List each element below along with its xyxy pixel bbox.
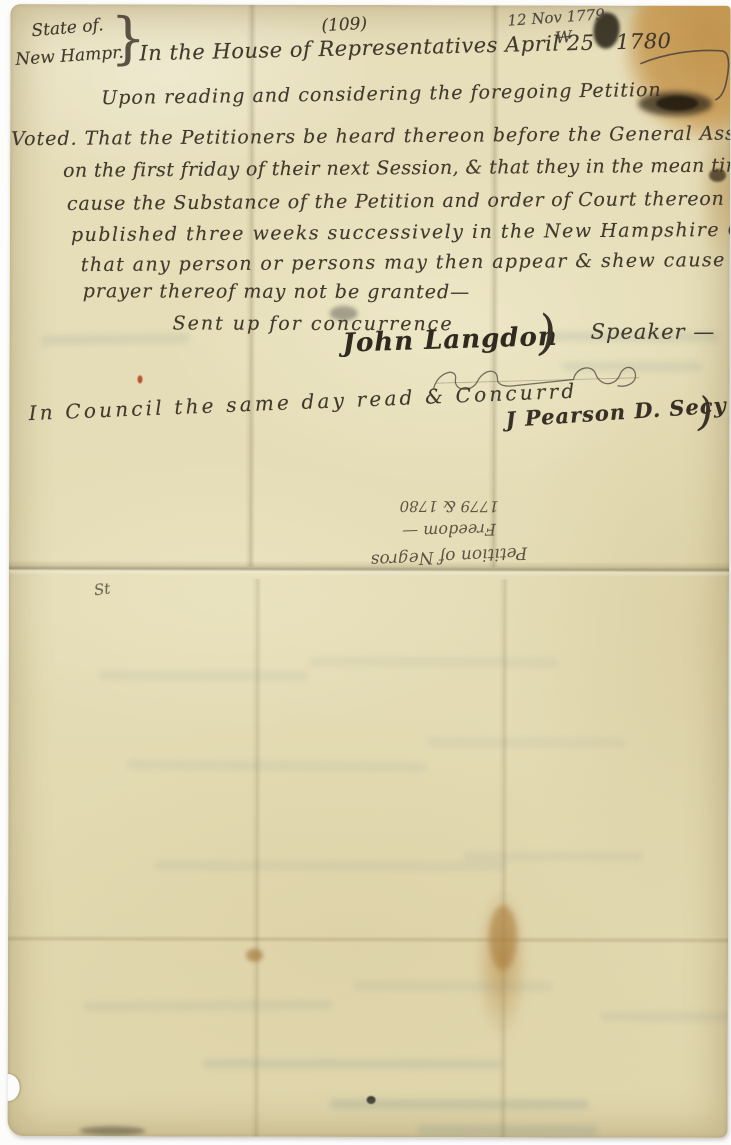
vote-line-3: cause the Substance of the Petition and …: [67, 187, 731, 215]
state-heading-line1: State of.: [31, 15, 105, 41]
bleedthrough-line: [330, 1099, 590, 1110]
preamble-line: Upon reading and considering the foregoi…: [101, 79, 662, 109]
red-fiber-speck: [137, 375, 142, 383]
smudge-bottom-edge: [80, 1126, 146, 1135]
vote-line-4: published three weeks successively in th…: [71, 218, 731, 246]
vote-line-2: on the first friday of their next Sessio…: [63, 154, 731, 181]
date-annotation: 12 Nov 1779: [507, 5, 605, 30]
bleedthrough-line: [154, 860, 504, 871]
docket-line-freedom: Freedom —: [330, 517, 568, 544]
speaker-title: Speaker —: [591, 320, 716, 344]
margin-initials: St: [93, 579, 112, 599]
bleedthrough-line: [99, 670, 309, 681]
fold-line-horizontal-lower: [8, 935, 728, 944]
bleedthrough-line: [83, 1000, 333, 1012]
docket-line-years: 1779 & 1780: [330, 497, 568, 516]
fold-line-vertical-left-bottom: [251, 579, 262, 1137]
vote-line-6: prayer thereof may not be granted—: [83, 280, 470, 303]
heading-body: In the House of Representatives April 25…: [139, 29, 672, 66]
stain-small-left-crease: [246, 949, 263, 962]
document-scan: State of. New Hampr. } (109) 12 Nov 1779…: [0, 0, 731, 1145]
stain-diamond-core: [489, 905, 517, 969]
bleedthrough-line: [41, 333, 191, 345]
bleedthrough-line: [463, 851, 643, 861]
punch-notch-left-edge: [8, 1074, 20, 1101]
bleedthrough-line: [418, 1125, 598, 1135]
vote-line-1: Voted. That the Petitioners be heard the…: [11, 122, 730, 150]
docket-rotated-block: Petition of Negros Freedom — 1779 & 1780: [330, 452, 568, 567]
vote-line-5: that any person or persons may then appe…: [81, 248, 731, 276]
bleedthrough-line: [600, 1012, 731, 1022]
state-heading-line2: New Hampr.: [15, 43, 125, 70]
bleedthrough-line: [203, 1059, 503, 1070]
bleedthrough-line: [427, 737, 627, 748]
bleedthrough-line: [309, 657, 559, 668]
page-number: (109): [321, 14, 368, 36]
bleedthrough-line: [126, 759, 426, 772]
manuscript-paper: State of. New Hampr. } (109) 12 Nov 1779…: [8, 4, 731, 1138]
bleedthrough-line: [353, 981, 553, 992]
